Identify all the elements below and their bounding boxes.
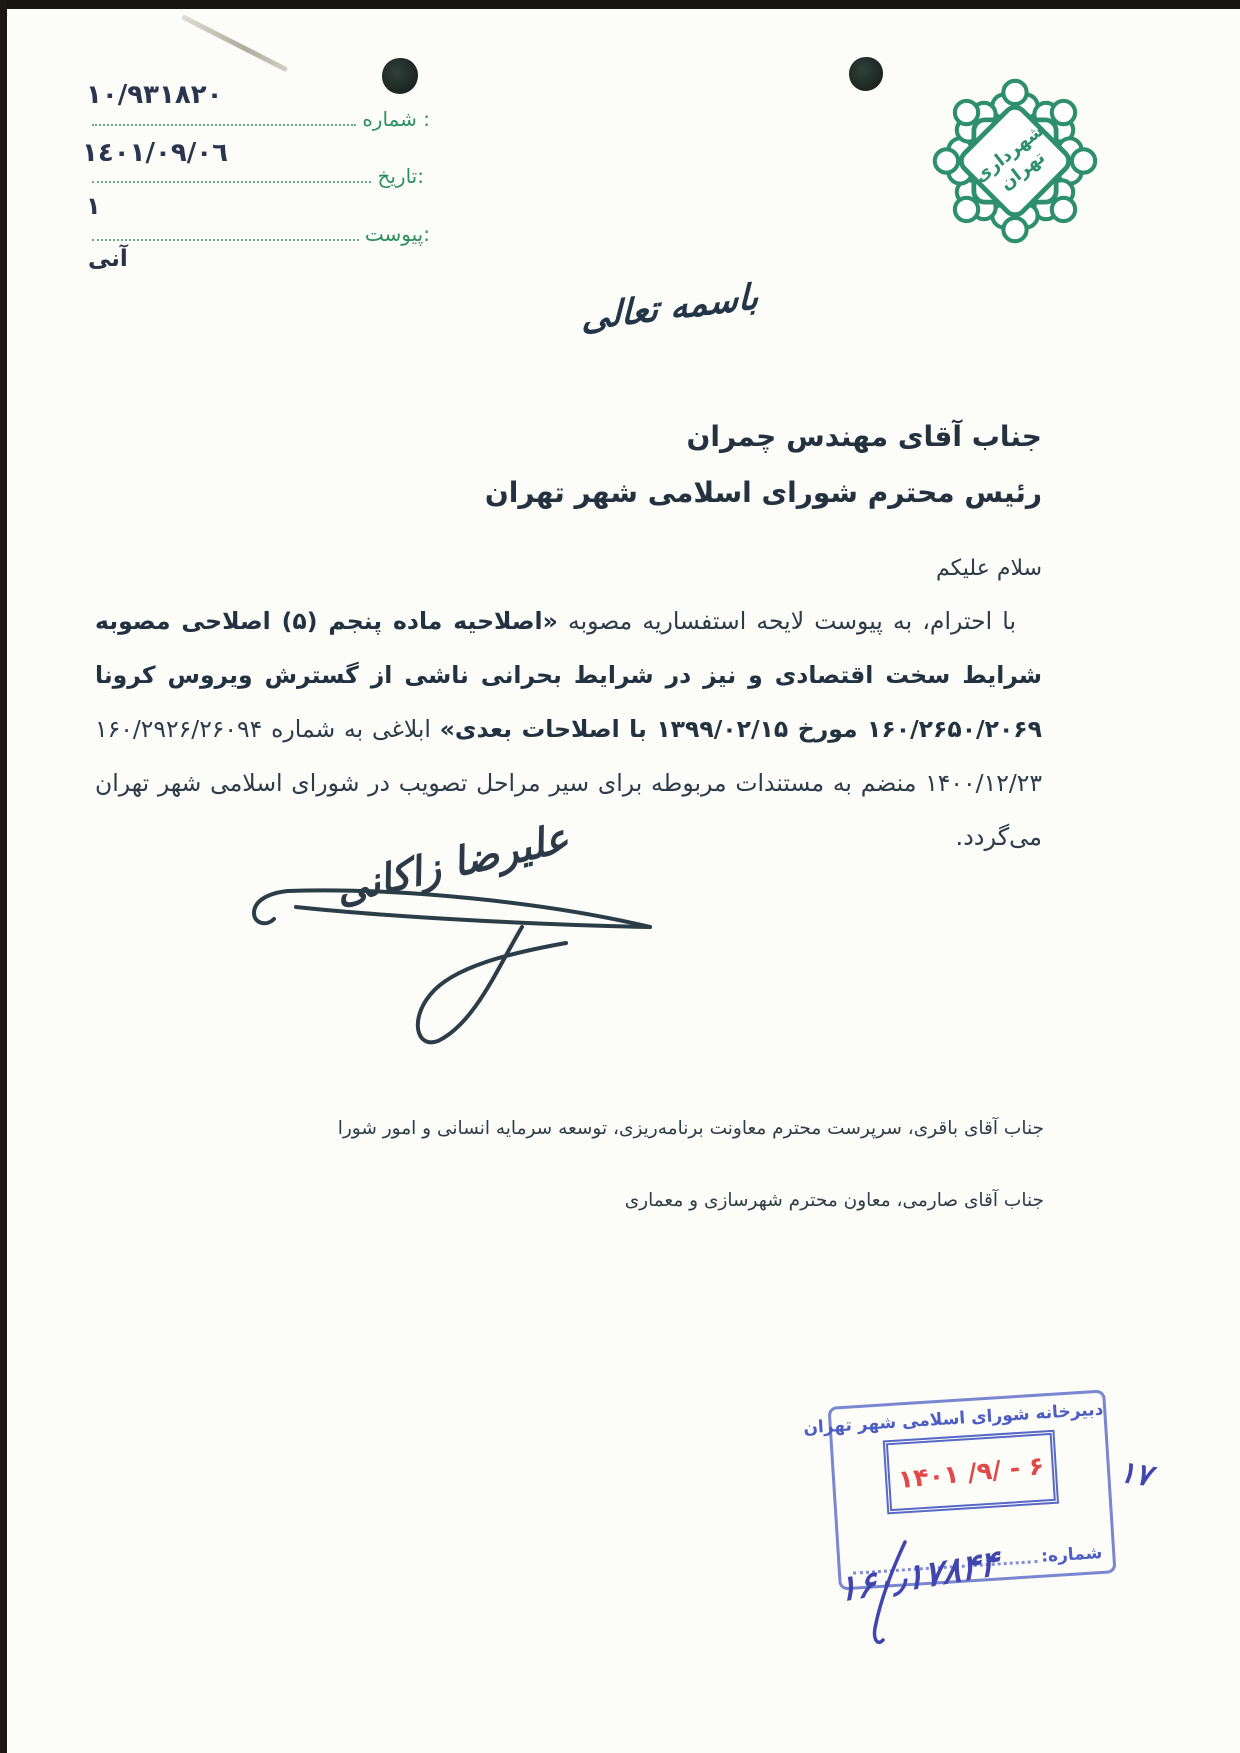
dotted-line xyxy=(92,124,356,126)
cc-line-2: جناب آقای صارمی، معاون محترم شهرسازی و م… xyxy=(625,1190,1044,1211)
scan-edge-left xyxy=(0,0,7,1753)
basmala-calligraphy: باسمه تعالی xyxy=(546,273,795,344)
body-line-5-text: می‌گردد. xyxy=(955,823,1042,851)
letter-number-label: شماره : xyxy=(362,107,430,131)
pen-stroke xyxy=(850,1528,940,1653)
body-line-3-bold: ۱۶۰/۲۶۵۰/۲۰۶۹ مورخ ۱۳۹۹/۰۲/۱۵ با اصلاحات… xyxy=(440,715,1042,743)
stamp-number-label: شماره: xyxy=(1041,1543,1103,1567)
recipient-title: رئیس محترم شورای اسلامی شهر تهران xyxy=(485,476,1042,509)
dotted-line xyxy=(92,239,359,241)
attachment-row: پیوست: xyxy=(92,216,430,246)
stamp-title: دبیرخانه شورای اسلامی شهر تهران xyxy=(831,1400,1104,1437)
punch-hole-left xyxy=(382,58,418,94)
tehran-municipality-logo: شهرداری تهران xyxy=(924,76,1106,246)
signature-block: علیرضا زاکانی xyxy=(210,805,680,1065)
stamp-date-box: ۱۴۰۱ /۹/ - ۶ xyxy=(883,1430,1059,1515)
dotted-line xyxy=(92,181,371,183)
signature-name: علیرضا زاکانی xyxy=(331,815,573,914)
body-line-4-text: ۱۴۰۰/۱۲/۲۳ منضم به مستندات مربوطه برای س… xyxy=(95,769,1042,810)
cc-line-1: جناب آقای باقری، سرپرست محترم معاونت برن… xyxy=(338,1118,1044,1139)
salutation: سلام علیکم xyxy=(936,556,1042,581)
letter-number-row: شماره : xyxy=(92,101,430,131)
urgency-note: آنی xyxy=(88,246,128,272)
scan-edge-top xyxy=(0,0,1240,9)
crease-mark xyxy=(181,14,288,72)
body-line-4: ۱۴۰۰/۱۲/۲۳ منضم به مستندات مربوطه برای س… xyxy=(95,756,1042,810)
body-line-1-regular: با احترام، به پیوست لایحه استفساریه مصوب… xyxy=(558,607,1016,635)
stamp-handwritten-date: ۱۴۰۱ /۹/ - ۶ xyxy=(897,1450,1045,1493)
letter-date-label: تاریخ: xyxy=(377,164,424,188)
punch-hole-right xyxy=(849,57,883,91)
body-line-1: با احترام، به پیوست لایحه استفساریه مصوب… xyxy=(95,594,1042,648)
body-line-2: شرایط سخت اقتصادی و نیز در شرایط بحرانی … xyxy=(95,648,1042,702)
letter-date-row: تاریخ: xyxy=(92,158,424,188)
signature-flourish xyxy=(254,890,650,1042)
stamp-side-number: ۱۷ xyxy=(1117,1455,1154,1494)
body-line-3: ۱۶۰/۲۶۵۰/۲۰۶۹ مورخ ۱۳۹۹/۰۲/۱۵ با اصلاحات… xyxy=(95,702,1042,756)
scanned-letter-page: ۱۰/۹۳۱۸۲۰ شماره : ١٤٠١/٠٩/٠٦ تاریخ: ۱ پی… xyxy=(0,0,1240,1753)
body-line-2-bold: شرایط سخت اقتصادی و نیز در شرایط بحرانی … xyxy=(95,661,1042,702)
attachment-label: پیوست: xyxy=(365,222,430,246)
recipient-name: جناب آقای مهندس چمران xyxy=(686,420,1042,453)
